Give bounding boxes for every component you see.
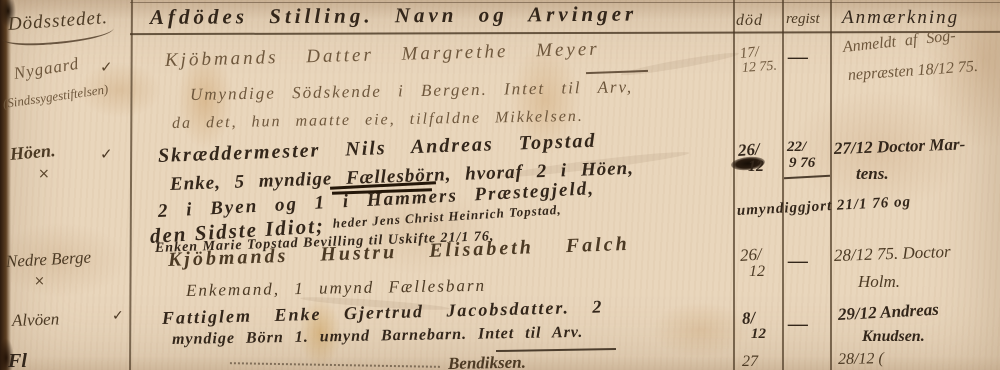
- remark-line: 28/12 75. Doctor: [834, 242, 951, 266]
- entry-line: Bendiksen.: [448, 353, 526, 370]
- died-date: 27: [742, 353, 758, 370]
- column-rule-died: [733, 0, 735, 370]
- column-rule-regist: [782, 0, 784, 370]
- died-date: 12: [751, 326, 766, 343]
- header-bottom-rule: [130, 31, 1000, 35]
- regist-dash: —: [788, 46, 806, 69]
- place-name: Nygaard: [12, 54, 80, 84]
- remark-line: Knudsen.: [862, 328, 925, 346]
- entry-line: Enkemand, 1 umynd Fællesbarn: [186, 276, 486, 301]
- column-rule-place: [129, 0, 133, 370]
- entry-line: Kjöbmands Datter Margrethe Meyer: [165, 39, 600, 72]
- remark-line: 27/12 Doctor Mar-: [834, 134, 966, 159]
- died-date: 12 75.: [741, 59, 777, 77]
- illegible-script: [230, 354, 440, 368]
- place-name: Höen.: [9, 140, 56, 165]
- entry-line: Umyndige Södskende i Bergen. Intet til A…: [190, 77, 633, 105]
- cross-mark-icon: ×: [34, 274, 45, 289]
- died-date: 12: [748, 158, 764, 176]
- header-died: död: [736, 12, 763, 30]
- book-binding-edge: [0, 0, 11, 370]
- regist-dash: —: [788, 250, 806, 273]
- cross-mark-icon: ×: [38, 166, 50, 182]
- checkmark-icon: ✓: [100, 58, 113, 76]
- remark-line: Holm.: [858, 272, 900, 292]
- underline-mark: [784, 175, 830, 179]
- died-date: 12: [749, 263, 765, 281]
- entry-line-overflow: umyndiggjort 21/1 76 og: [737, 194, 912, 220]
- entry-line: myndige Börn 1. umynd Barnebarn. Intet t…: [172, 324, 584, 349]
- checkmark-icon: ✓: [100, 145, 113, 163]
- entry-line: da det, hun maatte eie, tilfaldne Mikkel…: [172, 108, 584, 133]
- ink-bleedthrough: [620, 50, 740, 79]
- column-rule-remarks: [830, 0, 832, 370]
- place-name: Fl: [8, 350, 27, 370]
- header-deceased-name-heirs: Afdödes Stilling. Navn og Arvinger: [150, 2, 637, 30]
- place-name: Nedre Berge: [5, 248, 91, 272]
- header-registered: regist: [786, 11, 820, 28]
- regist-date: 22/: [787, 139, 806, 156]
- place-note: (Sindssygestiftelsen): [2, 81, 109, 112]
- checkmark-icon: ✓: [112, 308, 124, 324]
- header-remarks: Anmærkning: [842, 7, 959, 29]
- remark-line: nepræsten 18/12 75.: [847, 58, 978, 85]
- remark-line: 28/12 (: [838, 350, 884, 369]
- remark-line: tens.: [856, 164, 889, 184]
- regist-dash: —: [788, 313, 806, 336]
- regist-date: 9 76: [789, 155, 815, 172]
- remark-line: 29/12 Andreas: [837, 300, 939, 325]
- place-name: Alvöen: [12, 309, 60, 331]
- register-page: Dödsstedet. Afdödes Stilling. Navn og Ar…: [0, 0, 1000, 370]
- underline-mark: [496, 348, 616, 352]
